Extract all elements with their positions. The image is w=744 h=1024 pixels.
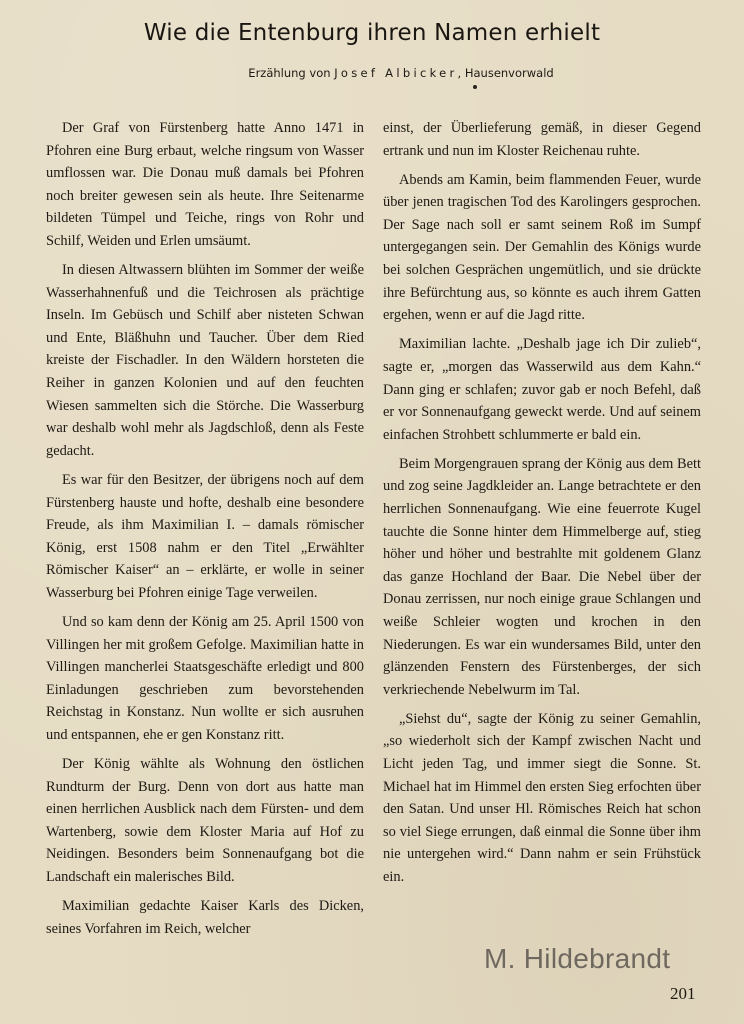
article-byline: Erzählung von Josef Albicker, Hausenvorw… [0, 66, 744, 80]
paragraph: Es war für den Besitzer, der übrigens no… [46, 469, 364, 605]
watermark: M. Hildebrandt [484, 943, 670, 975]
magazine-page: Wie die Entenburg ihren Namen erhielt Er… [0, 0, 744, 1024]
text-column-right: einst, der Überlieferung gemäß, in diese… [383, 117, 701, 895]
paragraph: Der Graf von Fürstenberg hatte Anno 1471… [46, 117, 364, 253]
article-title: Wie die Entenburg ihren Namen erhielt [0, 20, 744, 46]
paragraph: Beim Morgengrauen sprang der König aus d… [383, 453, 701, 702]
byline-location: , Hausenvorwald [458, 66, 554, 80]
paragraph: Der König wählte als Wohnung den öst­lic… [46, 753, 364, 889]
ornament-dot [473, 85, 477, 89]
byline-author: Josef Albicker [334, 66, 457, 80]
paragraph: Maximilian lachte. „Deshalb jage ich Dir… [383, 333, 701, 446]
paragraph: In diesen Altwassern blühten im Sommer d… [46, 259, 364, 462]
paragraph: Abends am Kamin, beim flammenden Feuer, … [383, 169, 701, 327]
paragraph: Maximilian gedachte Kaiser Karls des Dic… [46, 895, 364, 940]
paragraph: Und so kam denn der König am 25. April 1… [46, 611, 364, 747]
paragraph-continued: einst, der Überlieferung gemäß, in diese… [383, 117, 701, 162]
text-column-left: Der Graf von Fürstenberg hatte Anno 1471… [46, 117, 364, 947]
page-number: 201 [670, 984, 696, 1004]
paragraph: „Siehst du“, sagte der König zu seiner G… [383, 708, 701, 889]
byline-prefix: Erzählung von [248, 66, 334, 80]
